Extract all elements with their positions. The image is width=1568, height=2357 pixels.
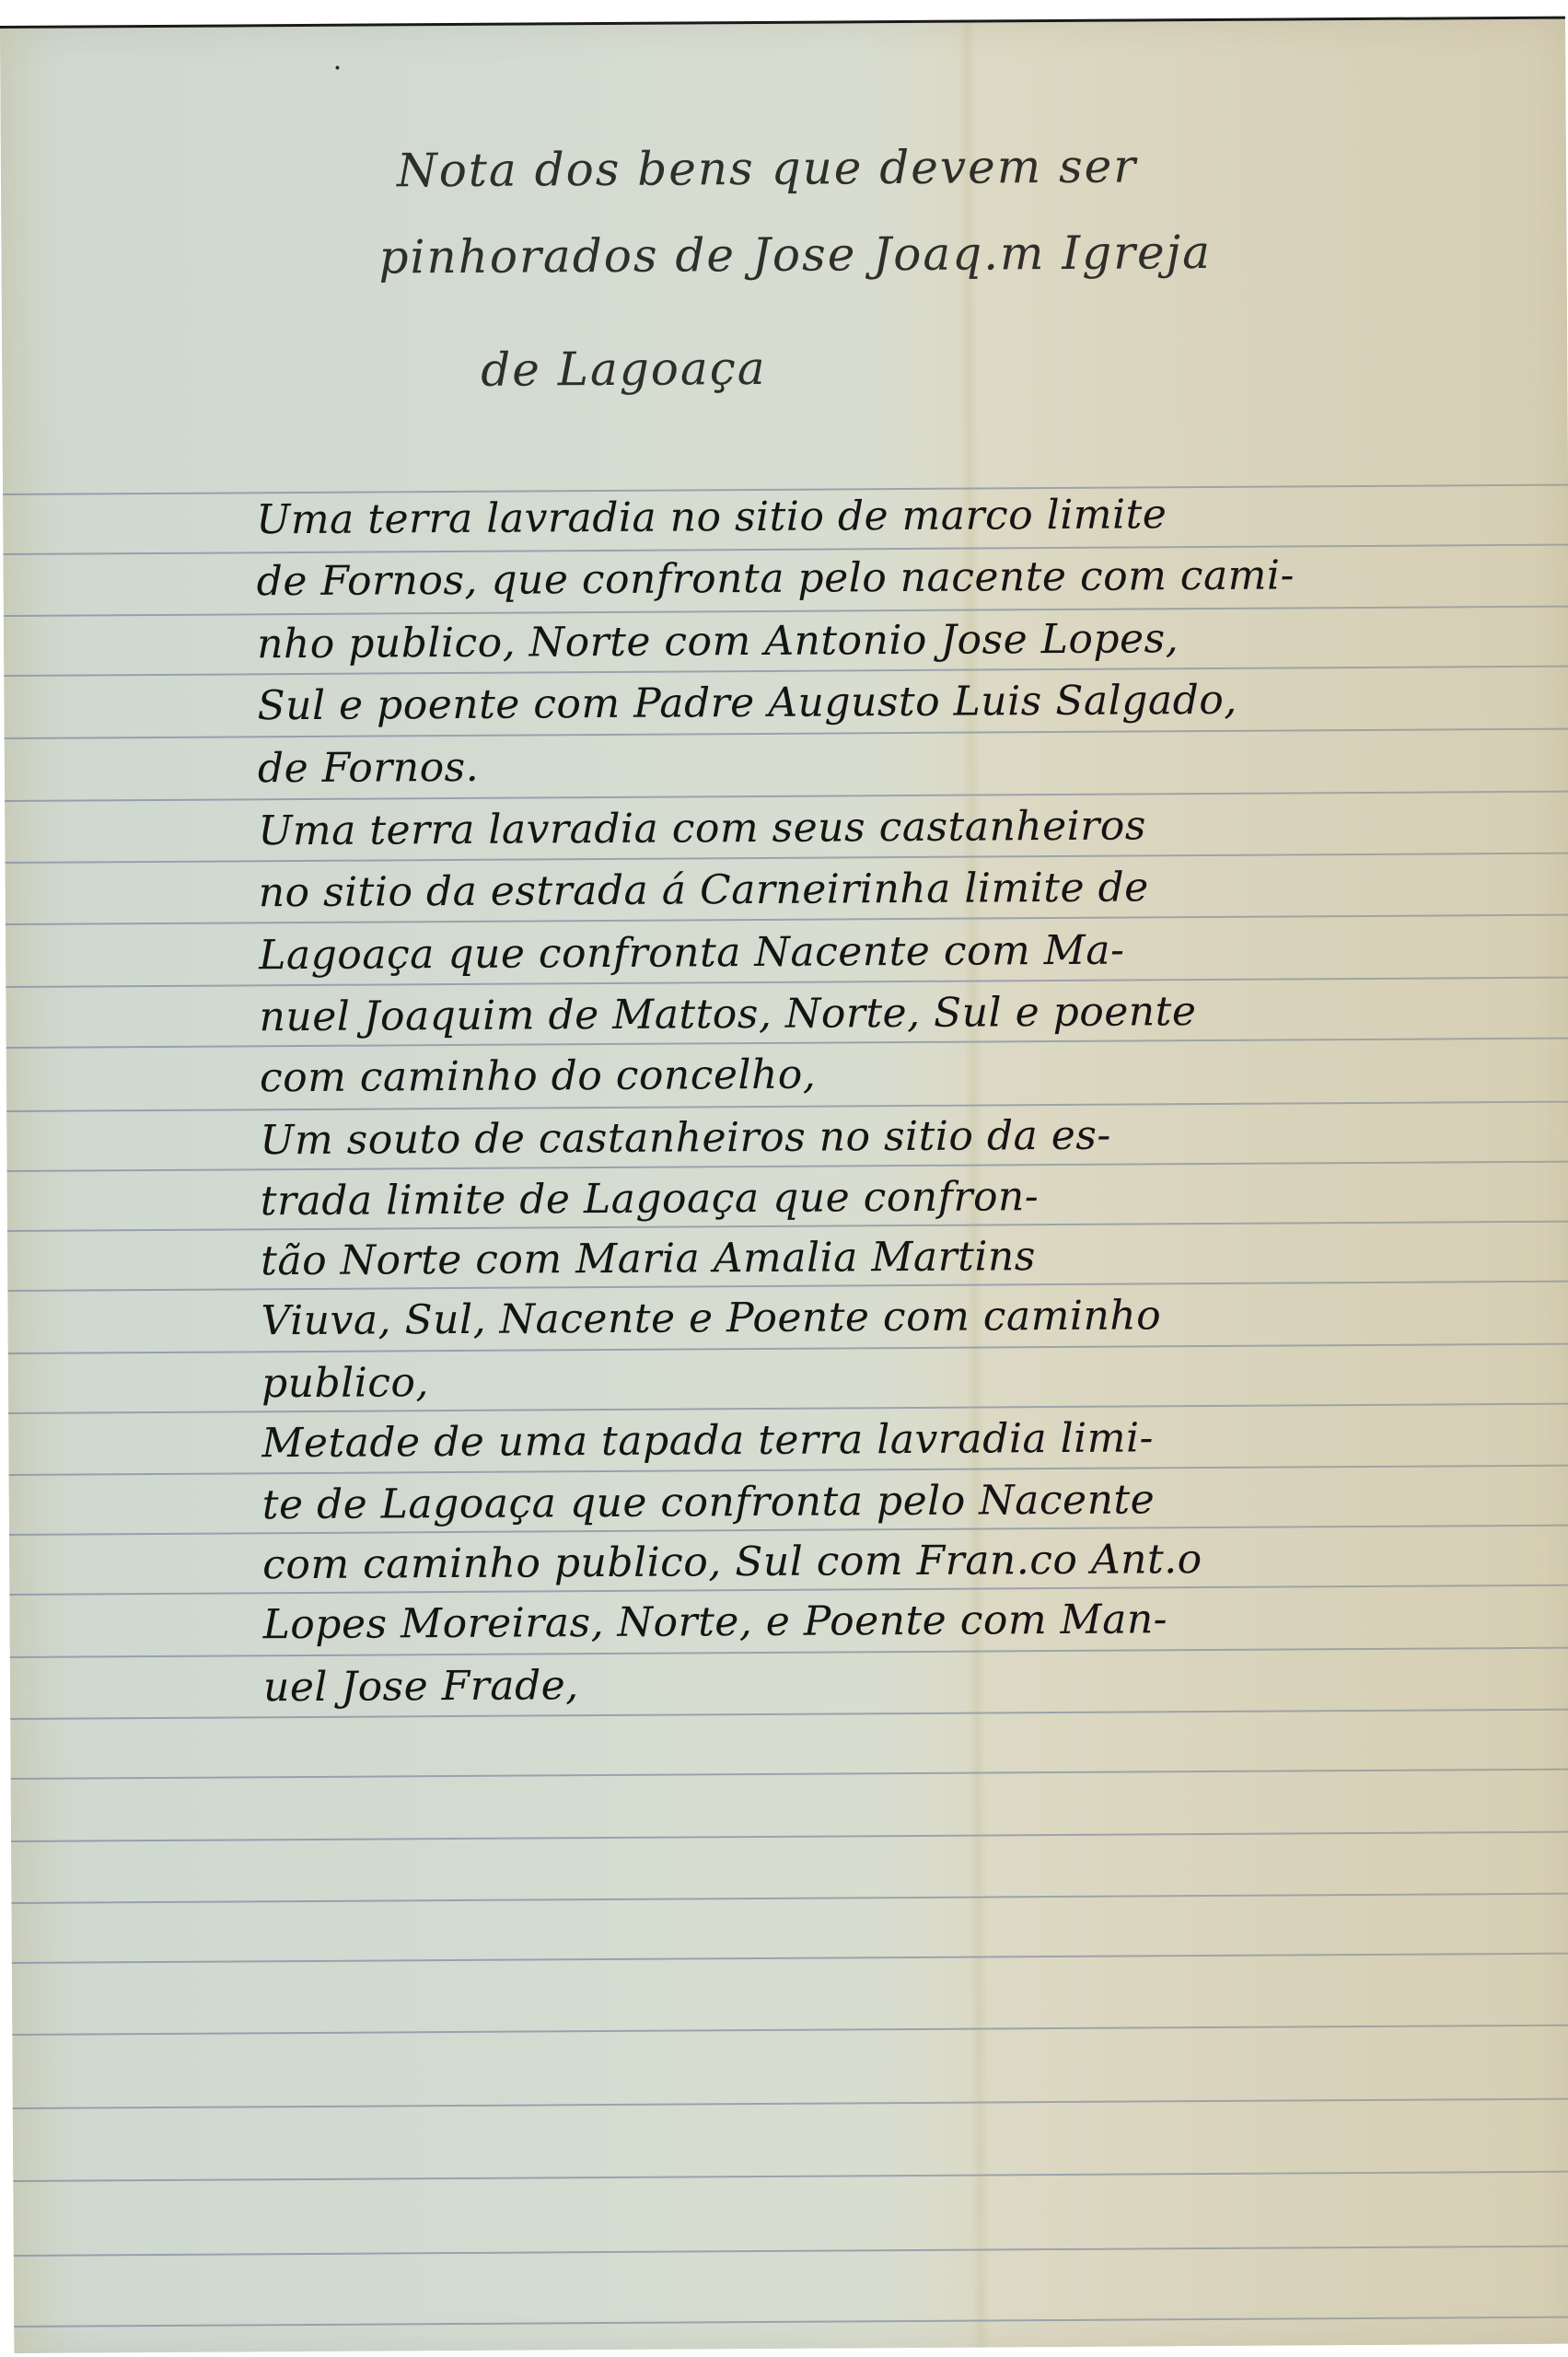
ruled-line [7, 1161, 1568, 1172]
ruled-line [6, 853, 1568, 864]
entry-line: publico, [261, 1359, 429, 1407]
ruled-line [7, 1281, 1568, 1292]
heading-line: pinhorados de Jose Joaq.m Igreja [378, 226, 1212, 284]
ruled-line [10, 1709, 1568, 1720]
ruled-line [5, 728, 1568, 739]
ruled-line [13, 2098, 1568, 2109]
ruled-line [14, 2316, 1568, 2328]
ruled-line [6, 1038, 1568, 1049]
ruled-line [8, 1403, 1568, 1414]
entry-line: Metade de uma tapada terra lavradia limi… [261, 1414, 1154, 1467]
property-entry-4: Metade de uma tapada terra lavradia limi… [0, 19, 1565, 29]
entry-line: com caminho do concelho, [260, 1051, 817, 1102]
heading-line: de Lagoaça [481, 342, 767, 397]
ruled-line [12, 1953, 1568, 1964]
entry-line: trada limite de Lagoaça que confron- [261, 1173, 1040, 1225]
ruled-line [11, 1893, 1568, 1904]
ruled-line [4, 544, 1568, 555]
entry-line: uel Jose Frade, [263, 1662, 579, 1711]
ruled-line [7, 1221, 1568, 1232]
ruled-line [11, 1831, 1568, 1842]
entry-line: Um souto de castanheiros no sitio da es- [260, 1112, 1111, 1165]
ruled-line [8, 1343, 1568, 1354]
ruled-line [9, 1525, 1568, 1536]
manuscript-page: • Nota dos bens que devem ser pinhorados… [0, 17, 1568, 2353]
entry-line: Sul e poente com Padre Augusto Luis Salg… [257, 677, 1237, 730]
ruled-line [9, 1585, 1568, 1596]
ruled-line [12, 2025, 1568, 2036]
entry-line: Lopes Moreiras, Norte, e Poente com Man- [262, 1596, 1167, 1648]
entry-line: tão Norte com Maria Amalia Martins [261, 1233, 1036, 1284]
entry-line: nuel Joaquim de Mattos, Norte, Sul e poe… [259, 988, 1196, 1040]
entry-line: Lagoaça que confronta Nacente com Ma- [259, 927, 1124, 980]
ruled-line [10, 1647, 1568, 1658]
entry-line: nho publico, Norte com Antonio Jose Lope… [257, 615, 1179, 668]
entry-line: com caminho publico, Sul com Fran.co Ant… [262, 1536, 1202, 1588]
entry-line: de Fornos. [258, 744, 480, 792]
ruled-line [14, 2246, 1568, 2257]
ruled-line [11, 1769, 1568, 1780]
entry-line: te de Lagoaça que confronta pelo Nacente [262, 1476, 1156, 1528]
ruled-line [13, 2171, 1568, 2182]
document-heading: Nota dos bens que devem ser pinhorados d… [0, 19, 1565, 29]
heading-line: Nota dos bens que devem ser [397, 139, 1138, 197]
ruled-line [4, 606, 1568, 617]
ruled-line [6, 977, 1568, 988]
entry-line: no sitio da estrada á Carneirinha limite… [259, 864, 1149, 916]
entry-line: de Fornos, que confronta pelo nacente co… [257, 552, 1295, 605]
property-entry-2: Uma terra lavradia com seus castanheiros… [0, 19, 1565, 29]
ink-speck: • [333, 62, 341, 76]
ruled-line [9, 1465, 1568, 1476]
property-entry-1: Uma terra lavradia no sitio de marco lim… [0, 19, 1565, 29]
entry-line: Uma terra lavradia no sitio de marco lim… [256, 491, 1167, 543]
property-entry-3: Um souto de castanheiros no sitio da es-… [0, 19, 1565, 29]
entry-line: Viuva, Sul, Nacente e Poente com caminho [261, 1292, 1161, 1344]
ruled-line [5, 791, 1568, 802]
ruled-line [6, 1101, 1568, 1112]
entry-line: Uma terra lavradia com seus castanheiros [258, 802, 1146, 854]
ruled-line [6, 914, 1568, 925]
ruled-line [4, 666, 1568, 677]
